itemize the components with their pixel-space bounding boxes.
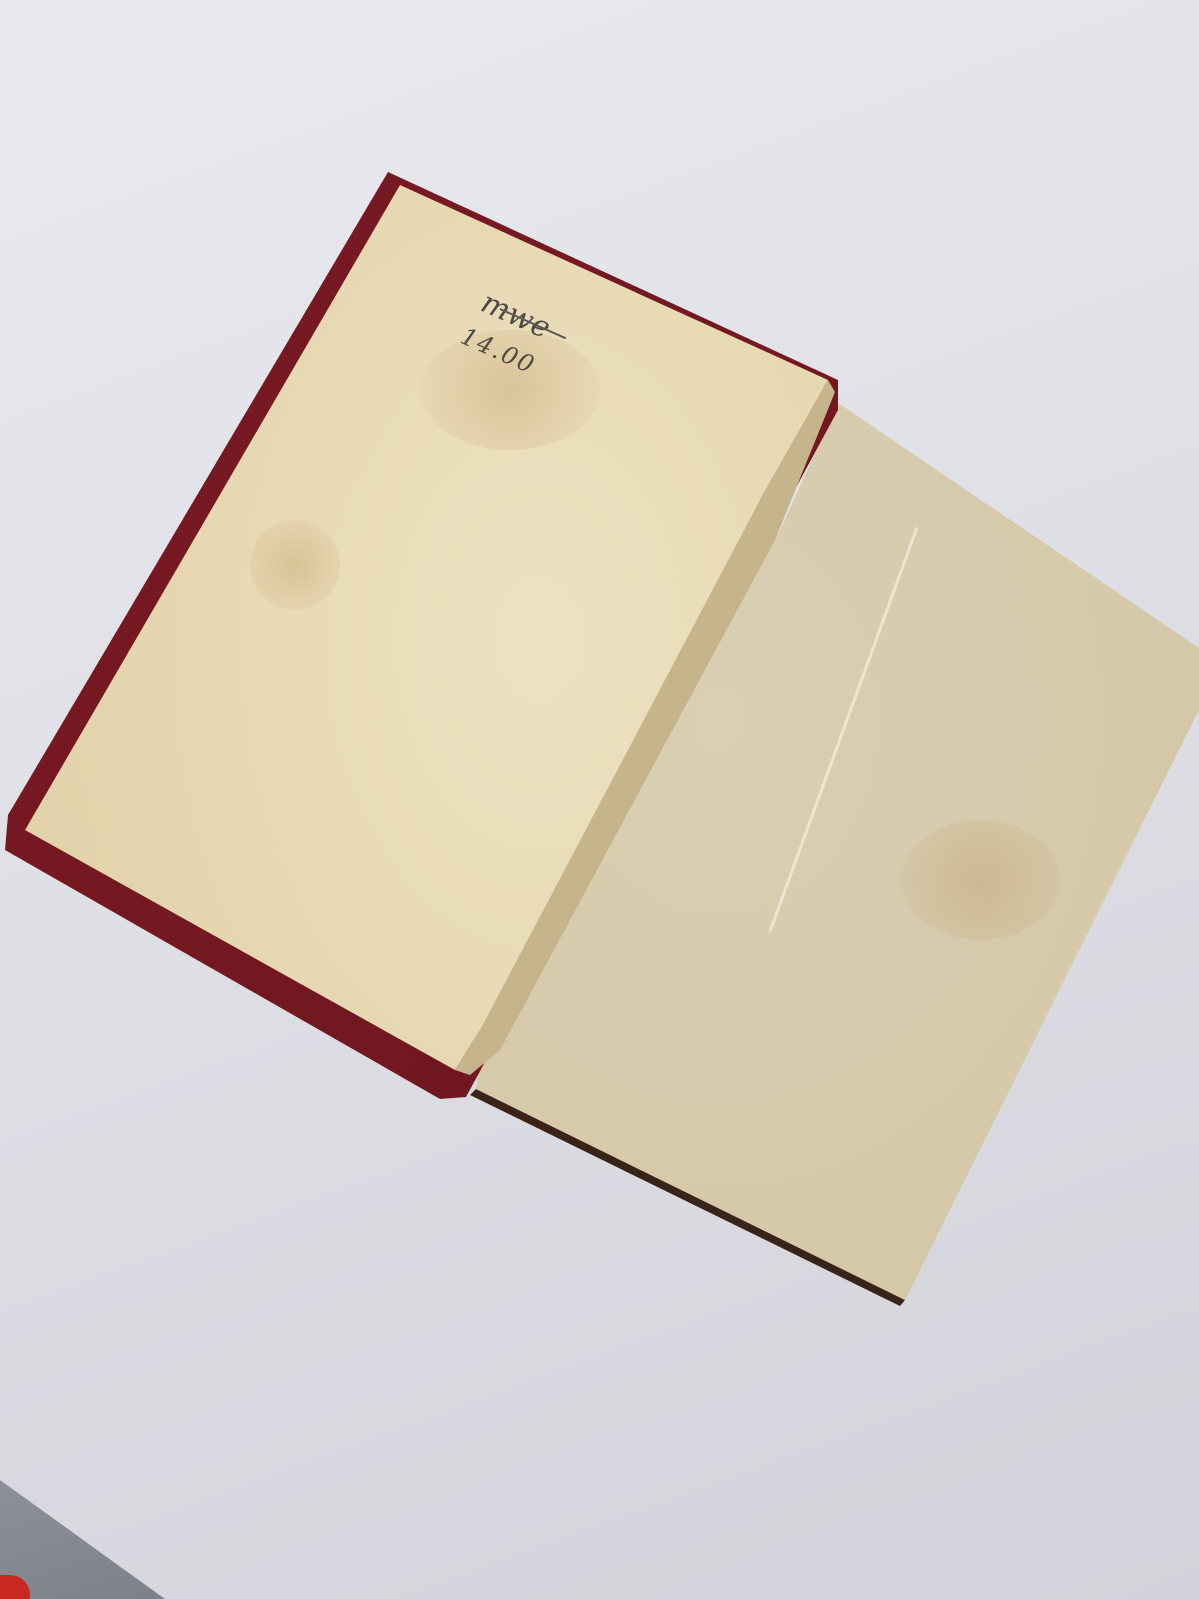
foxing-stain [250, 520, 340, 610]
background-shadow-corner [0, 1480, 200, 1599]
foxing-stain [900, 820, 1060, 940]
